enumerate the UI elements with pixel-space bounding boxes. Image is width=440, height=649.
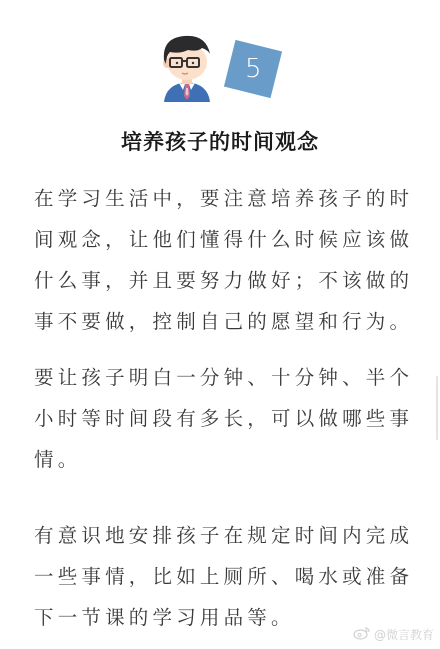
weibo-icon (353, 626, 371, 643)
page-title: 培养孩子的时间观念 (0, 128, 440, 156)
cartoon-avatar-icon (152, 30, 222, 102)
header-illustration: 5 (150, 28, 290, 102)
paragraph-3: 有意识地安排孩子在规定时间内完成一些事情，比如上厕所、喝水或准备下一节课的学习用… (34, 515, 414, 638)
paragraph-2: 要让孩子明白一分钟、十分钟、半个小时等时间段有多长，可以做哪些事情。 (34, 357, 414, 480)
paragraph-1: 在学习生活中，要注意培养孩子的时间观念，让他们懂得什么时候应该做什么事，并且要努… (34, 178, 414, 342)
scroll-indicator (436, 376, 438, 440)
watermark-text: @微言教育 (374, 626, 434, 643)
watermark: @微言教育 (353, 626, 434, 643)
step-number: 5 (245, 54, 262, 84)
step-number-badge: 5 (225, 41, 281, 97)
